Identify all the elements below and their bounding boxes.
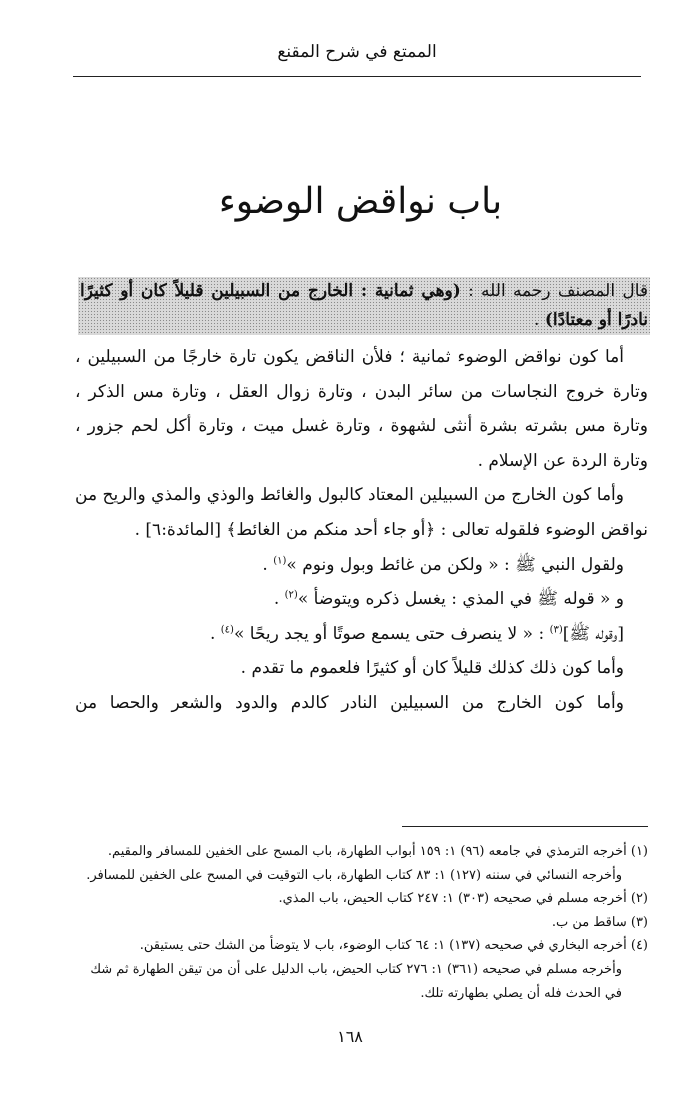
footnote: (٤) أخرجه البخاري في صحيحه (١٣٧) ١: ٦٤ ك… (75, 934, 648, 958)
paragraph-text: : « لا ينصرف حتى يسمع صوتًا أو يجد ريحًا… (234, 624, 550, 644)
paragraph-text: و « قوله ﷺ في المذي : يغسل ذكره ويتوضأ » (298, 589, 624, 609)
matn-end: . (534, 310, 539, 330)
footnote-separator (402, 826, 648, 827)
paragraph: [وقوله ﷺ](٣) : « لا ينصرف حتى يسمع صوتًا… (75, 617, 648, 652)
main-text: أما كون نواقض الوضوء ثمانية ؛ فلأن الناق… (75, 340, 648, 721)
footnote: (٢) أخرجه مسلم في صحيحه (٣٠٣) ١: ٢٤٧ كتا… (75, 887, 648, 911)
footnote-number: (١) (631, 844, 648, 859)
highlighted-matn-block: قال المصنف رحمه الله : (وهي ثمانية : الخ… (78, 277, 650, 335)
paragraph-text: أما كون نواقض الوضوء ثمانية ؛ فلأن الناق… (75, 347, 648, 471)
footnote: (١) أخرجه الترمذي في جامعه (٩٦) ١: ١٥٩ أ… (75, 840, 648, 864)
footnote-ref[interactable]: (٢) (285, 590, 298, 601)
footnote: (٣) ساقط من ب. (75, 911, 648, 935)
paragraph-end: . (210, 624, 221, 644)
paragraph-text: وأما كون الخارج من السبيلين المعتاد كالب… (75, 485, 648, 540)
footnote-number: (٣) (631, 915, 648, 930)
header-rule (73, 76, 641, 77)
footnote-number: (٢) (631, 891, 648, 906)
footnote-text: أخرجه البخاري في صحيحه (١٣٧) ١: ٦٤ كتاب … (140, 938, 627, 953)
paragraph: وأما كون الخارج من السبيلين المعتاد كالب… (75, 478, 648, 547)
footnote-number: (٤) (631, 938, 648, 953)
paragraph-text: ولقول النبي ﷺ : « ولكن من غائط وبول ونوم… (286, 555, 624, 575)
footnotes: (١) أخرجه الترمذي في جامعه (٩٦) ١: ١٥٩ أ… (75, 840, 648, 1005)
footnote-text: وأخرجه مسلم في صحيحه (٣٦١) ١: ٢٧٦ كتاب ا… (90, 962, 622, 1001)
paragraph: و « قوله ﷺ في المذي : يغسل ذكره ويتوضأ »… (75, 582, 648, 617)
chapter-title: باب نواقض الوضوء (73, 172, 648, 232)
footnote-text: أخرجه الترمذي في جامعه (٩٦) ١: ١٥٩ أبواب… (108, 844, 627, 859)
book-title: الممتع في شرح المقنع (277, 42, 436, 62)
paragraph-text: وأما كون الخارج من السبيلين النادر كالدم… (75, 693, 624, 713)
footnote-text: أخرجه مسلم في صحيحه (٣٠٣) ١: ٢٤٧ كتاب ال… (278, 891, 626, 906)
footnote-ref[interactable]: (٤) (221, 624, 234, 635)
footnote: وأخرجه النسائي في سننه (١٢٧) ١: ٨٣ كتاب … (75, 864, 648, 888)
page-number: ١٦٨ (300, 1026, 400, 1048)
paragraph: وأما كون ذلك كذلك قليلاً كان أو كثيرًا ف… (75, 651, 648, 686)
footnote-text: وأخرجه النسائي في سننه (١٢٧) ١: ٨٣ كتاب … (86, 868, 622, 883)
paragraph-text: [وقوله ﷺ] (563, 624, 624, 644)
footnote-ref[interactable]: (٣) (550, 624, 563, 635)
paragraph: أما كون نواقض الوضوء ثمانية ؛ فلأن الناق… (75, 340, 648, 478)
footnote: وأخرجه مسلم في صحيحه (٣٦١) ١: ٢٧٦ كتاب ا… (75, 958, 648, 1005)
paragraph: ولقول النبي ﷺ : « ولكن من غائط وبول ونوم… (75, 548, 648, 583)
paragraph-end: . (274, 589, 285, 609)
footnote-ref[interactable]: (١) (273, 555, 286, 566)
paragraph: وأما كون الخارج من السبيلين النادر كالدم… (75, 686, 648, 721)
paragraph-text: وأما كون ذلك كذلك قليلاً كان أو كثيرًا ف… (241, 658, 624, 678)
matn-intro: قال المصنف رحمه الله : (468, 281, 648, 301)
paragraph-end: . (262, 555, 273, 575)
footnote-text: ساقط من ب. (552, 915, 627, 930)
running-header: الممتع في شرح المقنع (73, 38, 641, 66)
